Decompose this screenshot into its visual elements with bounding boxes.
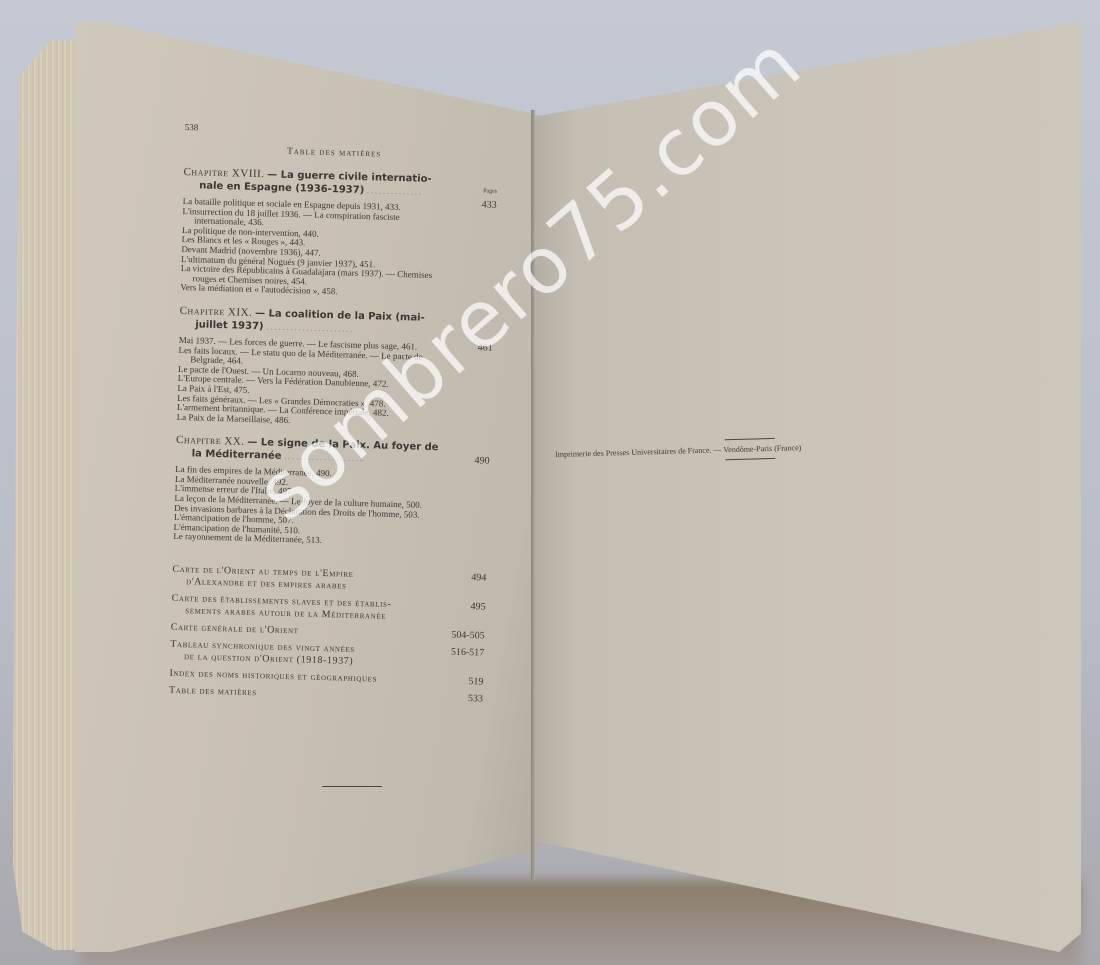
running-head: Table des matières bbox=[184, 144, 484, 162]
page-number: 538 bbox=[185, 122, 199, 132]
annex-list: Carte de l'Orient au temps de l'Empire d… bbox=[169, 564, 473, 705]
closing-rule bbox=[322, 786, 382, 787]
pages-label: Pages bbox=[483, 186, 497, 196]
chapter-18: Pages Chapitre XVIII. — La guerre civile… bbox=[180, 166, 483, 301]
photo-scene: 538 Table des matières Pages Chapitre XV… bbox=[0, 0, 1100, 965]
book-page-edges bbox=[12, 40, 82, 950]
chapter-page: 490 bbox=[474, 457, 489, 467]
annex-item: Tableau synchronique des vingt années de… bbox=[170, 639, 471, 671]
annex-item: Carte des établissements slaves et des é… bbox=[171, 593, 472, 625]
chapter-title: Chapitre XVIII. — La guerre civile inter… bbox=[183, 166, 484, 200]
annex-item: Carte de l'Orient au temps de l'Empire d… bbox=[172, 564, 473, 596]
chapter-page: 433 bbox=[482, 200, 497, 210]
chapter-entries: La bataille politique et sociale en Espa… bbox=[180, 197, 483, 301]
annex-item: Table des matières 533 bbox=[169, 685, 469, 705]
